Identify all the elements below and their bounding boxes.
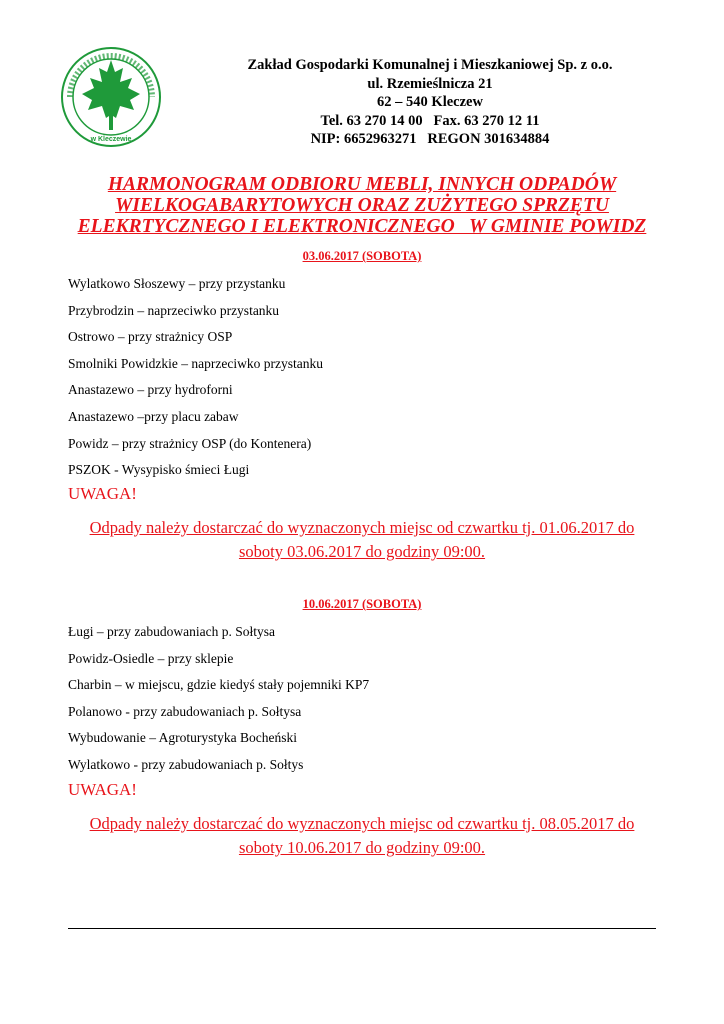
list-item: Powidz-Osiedle – przy sklepie [68, 651, 369, 678]
company-name: Zakład Gospodarki Komunalnej i Mieszkani… [160, 56, 700, 75]
company-logo: w Kleczewie [60, 46, 162, 148]
list-item: Ostrowo – przy strażnicy OSP [68, 329, 323, 356]
notice-line: Odpady należy dostarczać do wyznaczonych… [60, 812, 664, 836]
maple-leaf-icon: w Kleczewie [60, 46, 162, 148]
list-item: Polanowo - przy zabudowaniach p. Sołtysa [68, 704, 369, 731]
section-date: 10.06.2017 (SOBOTA) [60, 597, 664, 612]
notice-line: soboty 10.06.2017 do godziny 09:00. [60, 836, 664, 860]
list-item: Anastazewo – przy hydroforni [68, 382, 323, 409]
footer-divider [68, 928, 656, 929]
list-item: Ługi – przy zabudowaniach p. Sołtysa [68, 624, 369, 651]
notice-line: soboty 03.06.2017 do godziny 09:00. [60, 540, 664, 564]
delivery-notice: Odpady należy dostarczać do wyznaczonych… [60, 516, 664, 564]
company-city: 62 – 540 Kleczew [160, 93, 700, 112]
warning-label: UWAGA! [68, 484, 137, 504]
warning-label: UWAGA! [68, 780, 137, 800]
list-item: Powidz – przy strażnicy OSP (do Kontener… [68, 436, 323, 463]
company-ids: NIP: 6652963271 REGON 301634884 [160, 130, 700, 149]
title-line: ELEKRTYCZNEGO I ELEKTRONICZNEGO W GMINIE… [60, 216, 664, 237]
title-line: HARMONOGRAM ODBIORU MEBLI, INNYCH ODPADÓ… [60, 174, 664, 195]
location-list: Wylatkowo Słoszewy – przy przystanku Prz… [68, 276, 323, 489]
list-item: Przybrodzin – naprzeciwko przystanku [68, 303, 323, 330]
notice-line: Odpady należy dostarczać do wyznaczonych… [60, 516, 664, 540]
location-list: Ługi – przy zabudowaniach p. Sołtysa Pow… [68, 624, 369, 784]
company-header: Zakład Gospodarki Komunalnej i Mieszkani… [160, 56, 700, 149]
title-line: WIELKOGABARYTOWYCH ORAZ ZUŻYTEGO SPRZĘTU [60, 195, 664, 216]
svg-text:w Kleczewie: w Kleczewie [90, 136, 132, 143]
document-title: HARMONOGRAM ODBIORU MEBLI, INNYCH ODPADÓ… [60, 174, 664, 237]
list-item: Wybudowanie – Agroturystyka Bocheński [68, 730, 369, 757]
section-date: 03.06.2017 (SOBOTA) [60, 249, 664, 264]
list-item: Smolniki Powidzkie – naprzeciwko przysta… [68, 356, 323, 383]
company-street: ul. Rzemieślnicza 21 [160, 75, 700, 94]
list-item: Wylatkowo Słoszewy – przy przystanku [68, 276, 323, 303]
company-phone-fax: Tel. 63 270 14 00 Fax. 63 270 12 11 [160, 112, 700, 131]
delivery-notice: Odpady należy dostarczać do wyznaczonych… [60, 812, 664, 860]
list-item: Charbin – w miejscu, gdzie kiedyś stały … [68, 677, 369, 704]
list-item: Anastazewo –przy placu zabaw [68, 409, 323, 436]
